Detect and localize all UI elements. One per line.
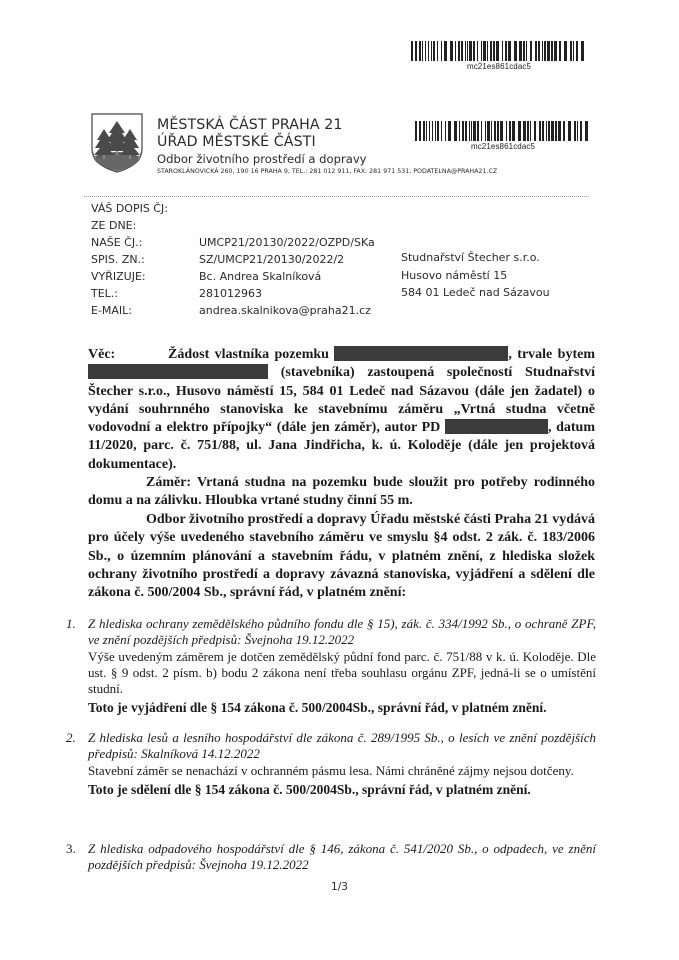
- meta-row: SPIS. ZN.:SZ/UMCP21/20130/2022/2: [91, 251, 375, 268]
- meta-value-email: andrea.skalnikova@praha21.cz: [199, 302, 371, 319]
- barcode-bars: [411, 41, 587, 61]
- meta-label: VÁŠ DOPIS ČJ:: [91, 200, 199, 217]
- list-item: 1. Z hlediska ochrany zemědělského půdní…: [66, 616, 596, 717]
- meta-row: TEL.:281012963: [91, 285, 375, 302]
- meta-value: 281012963: [199, 285, 262, 302]
- redacted-owner-address: [88, 364, 268, 379]
- coat-of-arms-icon: [91, 113, 143, 173]
- barcode-label: mc21es861cdac5: [467, 62, 531, 71]
- barcode-top: mc21es861cdac5: [411, 41, 587, 71]
- list-item: 2. Z hlediska lesů a lesního hospodářstv…: [66, 730, 596, 798]
- item-closing: Toto je sdělení dle § 154 zákona č. 500/…: [88, 782, 596, 798]
- meta-label: TEL.:: [91, 285, 199, 302]
- subject-text-1: Žádost vlastníka pozemku: [168, 347, 329, 362]
- meta-label: E-MAIL:: [91, 302, 199, 319]
- meta-value: Bc. Andrea Skalníková: [199, 268, 321, 285]
- meta-value: SZ/UMCP21/20130/2022/2: [199, 251, 344, 268]
- item-closing: Toto je vyjádření dle § 154 zákona č. 50…: [88, 700, 596, 716]
- organization-header: MĚSTSKÁ ČÁST PRAHA 21 ÚŘAD MĚSTSKÉ ČÁSTI…: [157, 117, 497, 176]
- meta-label: VYŘIZUJE:: [91, 268, 199, 285]
- list-item: 3. Z hlediska odpadového hospodářství dl…: [66, 841, 596, 874]
- redacted-author-name: [445, 419, 548, 434]
- meta-label: ZE DNE:: [91, 217, 199, 234]
- org-office: ÚŘAD MĚSTSKÉ ČÁSTI: [157, 134, 497, 151]
- subject-text-2: , trvale bytem: [508, 347, 595, 362]
- meta-row: E-MAIL:andrea.skalnikova@praha21.cz: [91, 302, 375, 319]
- recipient-name: Studnařství Štecher s.r.o.: [401, 249, 550, 267]
- org-department: Odbor životního prostředí a dopravy: [157, 152, 497, 166]
- item-number: 1.: [66, 616, 76, 632]
- meta-label: SPIS. ZN.:: [91, 251, 199, 268]
- item-text: Výše uvedeným záměrem je dotčen zeměděls…: [88, 649, 596, 698]
- page-number: 1/3: [0, 881, 679, 893]
- meta-row: VYŘIZUJE:Bc. Andrea Skalníková: [91, 268, 375, 285]
- redacted-owner-name: [334, 346, 508, 361]
- header-divider: [84, 196, 589, 197]
- item-text: Stavební záměr se nenachází v ochranném …: [88, 763, 596, 779]
- item-number: 3.: [66, 841, 76, 857]
- item-heading: Z hlediska lesů a lesního hospodářství d…: [88, 730, 596, 763]
- item-number: 2.: [66, 730, 76, 746]
- subject-paragraph: Věc:Žádost vlastníka pozemku , trvale by…: [88, 346, 595, 474]
- intent-paragraph: Záměr: Vrtaná studna na pozemku bude slo…: [88, 474, 595, 511]
- statement-paragraph: Odbor životního prostředí a dopravy Úřad…: [88, 511, 595, 602]
- org-address: STAROKLÁNOVICKÁ 260, 190 16 PRAHA 9, TEL…: [157, 167, 497, 176]
- meta-row: VÁŠ DOPIS ČJ:: [91, 200, 375, 217]
- meta-row: NAŠE ČJ.:UMCP21/20130/2022/OZPD/SKa: [91, 234, 375, 251]
- subject-label: Věc:: [88, 346, 168, 364]
- recipient-city: 584 01 Ledeč nad Sázavou: [401, 284, 550, 302]
- item-heading: Z hlediska ochrany zemědělského půdního …: [88, 616, 596, 649]
- item-heading: Z hlediska odpadového hospodářství dle §…: [88, 841, 596, 874]
- org-name: MĚSTSKÁ ČÁST PRAHA 21: [157, 117, 497, 134]
- recipient-address: Studnařství Štecher s.r.o. Husovo náměst…: [401, 249, 550, 302]
- recipient-street: Husovo náměstí 15: [401, 267, 550, 285]
- reference-block: VÁŠ DOPIS ČJ: ZE DNE: NAŠE ČJ.:UMCP21/20…: [91, 200, 375, 319]
- meta-row: ZE DNE:: [91, 217, 375, 234]
- meta-label: NAŠE ČJ.:: [91, 234, 199, 251]
- meta-value: UMCP21/20130/2022/OZPD/SKa: [199, 234, 375, 251]
